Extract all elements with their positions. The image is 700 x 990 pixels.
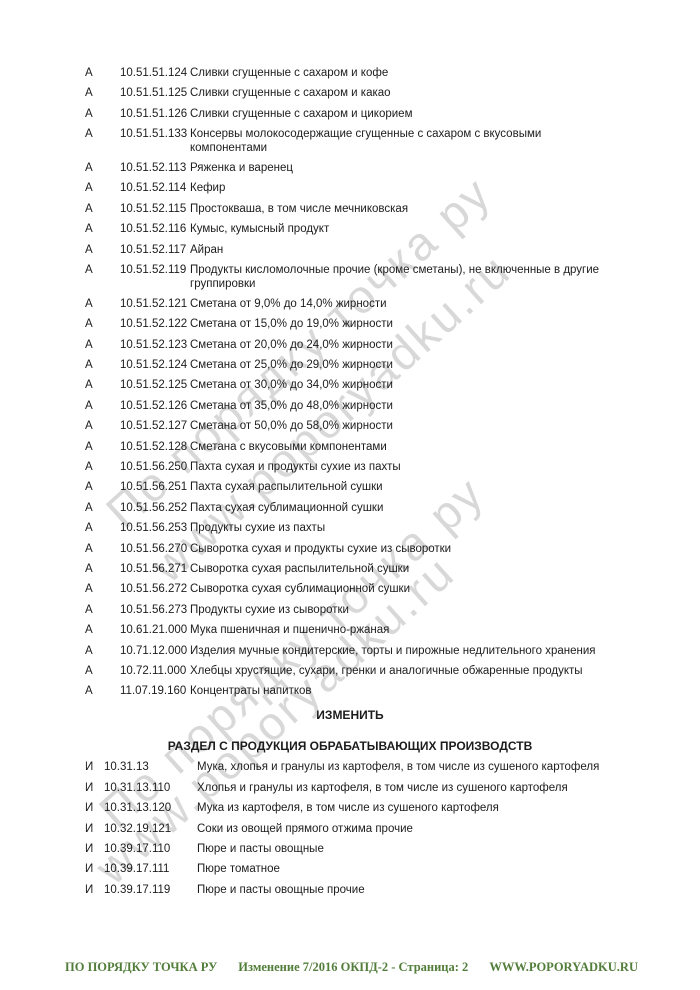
row-code: 10.51.52.123 <box>120 339 190 353</box>
row-description: Сыворотка сухая распылительной сушки <box>190 563 660 577</box>
row-description: Продукты сухие из сыворотки <box>190 604 660 618</box>
table-row: А 10.51.52.126 Сметана от 35,0% до 48,0%… <box>85 400 660 414</box>
table-row: И 10.39.17.111 Пюре томатное <box>85 863 660 877</box>
description-line1: Сметана от 25,0% до 29,0% жирности <box>190 359 660 373</box>
row-description: Сливки сгущенные с сахаром и цикорием <box>190 108 660 122</box>
amendment-list-a: А 10.51.51.124 Сливки сгущенные с сахаро… <box>0 67 700 699</box>
table-row: А 10.51.52.125 Сметана от 30,0% до 34,0%… <box>85 379 660 393</box>
row-marker: А <box>85 481 120 495</box>
table-row: И 10.31.13.120 Мука из картофеля, в том … <box>85 802 660 816</box>
row-code: 10.51.52.128 <box>120 441 190 455</box>
row-marker: А <box>85 420 120 434</box>
description-line1: Мука, хлопья и гранулы из картофеля, в т… <box>197 761 660 775</box>
row-marker: А <box>85 400 120 414</box>
table-row: А 10.51.52.117 Айран <box>85 244 660 258</box>
document-page: По порядку точка ру www.poporyadku.ru По… <box>0 0 700 990</box>
table-row: А 10.51.52.119 Продукты кисломолочные пр… <box>85 264 660 291</box>
row-code: 10.51.52.127 <box>120 420 190 434</box>
row-marker: А <box>85 604 120 618</box>
description-line1: Сметана от 20,0% до 24,0% жирности <box>190 339 660 353</box>
description-line1: Продукты кисломолочные прочие (кроме сме… <box>190 264 660 278</box>
amendment-list-i: И 10.31.13 Мука, хлопья и гранулы из кар… <box>0 761 700 897</box>
row-marker: А <box>85 67 120 81</box>
row-code: 10.51.52.124 <box>120 359 190 373</box>
row-marker: А <box>85 223 120 237</box>
row-code: 10.51.56.271 <box>120 563 190 577</box>
row-code: 10.51.51.125 <box>120 87 190 101</box>
row-description: Сметана от 35,0% до 48,0% жирности <box>190 400 660 414</box>
row-description: Сметана от 30,0% до 34,0% жирности <box>190 379 660 393</box>
row-description: Сливки сгущенные с сахаром и какао <box>190 87 660 101</box>
table-row: А 10.51.52.115 Простокваша, в том числе … <box>85 203 660 217</box>
row-marker: А <box>85 339 120 353</box>
row-description: Продукты кисломолочные прочие (кроме сме… <box>190 264 660 291</box>
row-marker: И <box>85 884 104 898</box>
row-description: Хлебцы хрустящие, сухари, гренки и анало… <box>190 665 660 679</box>
row-description: Сметана от 9,0% до 14,0% жирности <box>190 298 660 312</box>
row-description: Сметана от 25,0% до 29,0% жирности <box>190 359 660 373</box>
table-row: А 10.51.51.124 Сливки сгущенные с сахаро… <box>85 67 660 81</box>
row-code: 10.51.52.114 <box>120 182 190 196</box>
description-line1: Простокваша, в том числе мечниковская <box>190 203 660 217</box>
description-line2: группировки <box>190 278 660 292</box>
description-line1: Концентраты напитков <box>190 685 660 699</box>
row-code: 10.51.56.250 <box>120 461 190 475</box>
description-line1: Мука из картофеля, в том числе из сушено… <box>197 802 660 816</box>
row-description: Мука пшеничная и пшенично-ржаная <box>190 624 660 638</box>
row-description: Ряженка и варенец <box>190 162 660 176</box>
row-marker: И <box>85 761 104 775</box>
row-description: Сметана от 15,0% до 19,0% жирности <box>190 318 660 332</box>
description-line1: Продукты сухие из сыворотки <box>190 604 660 618</box>
table-row: А 10.51.56.250 Пахта сухая и продукты су… <box>85 461 660 475</box>
table-row: А 10.72.11.000 Хлебцы хрустящие, сухари,… <box>85 665 660 679</box>
row-marker: А <box>85 87 120 101</box>
footer-site-url: WWW.POPORYADKU.RU <box>489 960 638 975</box>
table-row: И 10.31.13 Мука, хлопья и гранулы из кар… <box>85 761 660 775</box>
row-description: Сметана от 50,0% до 58,0% жирности <box>190 420 660 434</box>
table-row: А 10.51.52.128 Сметана с вкусовыми компо… <box>85 441 660 455</box>
row-description: Консервы молокосодержащие сгущенные с са… <box>190 128 660 155</box>
row-description: Сметана от 20,0% до 24,0% жирности <box>190 339 660 353</box>
table-row: А 10.51.51.133 Консервы молокосодержащие… <box>85 128 660 155</box>
row-code: 10.51.51.126 <box>120 108 190 122</box>
description-line2: компонентами <box>190 142 660 156</box>
row-marker: И <box>85 802 104 816</box>
footer-page-info: Изменение 7/2016 ОКПД-2 - Страница: 2 <box>238 960 468 975</box>
row-code: 10.61.21.000 <box>120 624 190 638</box>
row-description: Пюре и пасты овощные прочие <box>197 884 660 898</box>
row-marker: А <box>85 543 120 557</box>
description-line1: Сливки сгущенные с сахаром и какао <box>190 87 660 101</box>
row-description: Сметана с вкусовыми компонентами <box>190 441 660 455</box>
row-marker: А <box>85 108 120 122</box>
row-description: Сыворотка сухая сублимационной сушки <box>190 583 660 597</box>
row-code: 10.71.12.000 <box>120 645 190 659</box>
row-code: 10.51.52.113 <box>120 162 190 176</box>
row-code: 11.07.19.160 <box>120 685 190 699</box>
row-code: 10.72.11.000 <box>120 665 190 679</box>
description-line1: Хлопья и гранулы из картофеля, в том чис… <box>197 782 660 796</box>
description-line1: Сливки сгущенные с сахаром и кофе <box>190 67 660 81</box>
row-code: 10.32.19.121 <box>104 823 197 837</box>
description-line1: Сметана от 50,0% до 58,0% жирности <box>190 420 660 434</box>
row-code: 10.51.56.252 <box>120 502 190 516</box>
row-marker: А <box>85 685 120 699</box>
row-code: 10.51.52.122 <box>120 318 190 332</box>
description-line1: Пюре и пасты овощные прочие <box>197 884 660 898</box>
row-code: 10.31.13.120 <box>104 802 197 816</box>
description-line1: Кумыс, кумысный продукт <box>190 223 660 237</box>
row-marker: А <box>85 244 120 258</box>
description-line1: Айран <box>190 244 660 258</box>
row-description: Изделия мучные кондитерские, торты и пир… <box>190 645 660 659</box>
row-code: 10.39.17.110 <box>104 843 197 857</box>
description-line1: Пахта сухая распылительной сушки <box>190 481 660 495</box>
footer-site-name: ПО ПОРЯДКУ ТОЧКА РУ <box>65 960 217 975</box>
row-description: Соки из овощей прямого отжима прочие <box>197 823 660 837</box>
row-code: 10.39.17.119 <box>104 884 197 898</box>
table-row: А 10.51.52.114 Кефир <box>85 182 660 196</box>
row-description: Пахта сухая сублимационной сушки <box>190 502 660 516</box>
description-line1: Мука пшеничная и пшенично-ржаная <box>190 624 660 638</box>
description-line1: Кефир <box>190 182 660 196</box>
description-line1: Сыворотка сухая распылительной сушки <box>190 563 660 577</box>
heading-section-c: РАЗДЕЛ C ПРОДУКЦИЯ ОБРАБАТЫВАЮЩИХ ПРОИЗВ… <box>0 739 700 753</box>
table-row: А 10.51.52.123 Сметана от 20,0% до 24,0%… <box>85 339 660 353</box>
row-description: Пахта сухая и продукты сухие из пахты <box>190 461 660 475</box>
table-row: А 10.51.52.122 Сметана от 15,0% до 19,0%… <box>85 318 660 332</box>
description-line1: Пюре томатное <box>197 863 660 877</box>
row-marker: А <box>85 318 120 332</box>
row-marker: А <box>85 264 120 291</box>
row-marker: И <box>85 782 104 796</box>
row-code: 10.51.52.115 <box>120 203 190 217</box>
row-marker: А <box>85 563 120 577</box>
description-line1: Изделия мучные кондитерские, торты и пир… <box>190 645 660 659</box>
row-code: 10.51.52.117 <box>120 244 190 258</box>
row-marker: А <box>85 128 120 155</box>
row-marker: А <box>85 182 120 196</box>
page-footer: ПО ПОРЯДКУ ТОЧКА РУ Изменение 7/2016 ОКП… <box>65 960 638 975</box>
description-line1: Продукты сухие из пахты <box>190 522 660 536</box>
description-line1: Сметана от 35,0% до 48,0% жирности <box>190 400 660 414</box>
table-row: А 10.51.56.251 Пахта сухая распылительно… <box>85 481 660 495</box>
row-code: 10.51.56.251 <box>120 481 190 495</box>
row-marker: А <box>85 359 120 373</box>
table-row: А 10.61.21.000 Мука пшеничная и пшенично… <box>85 624 660 638</box>
description-line1: Консервы молокосодержащие сгущенные с са… <box>190 128 660 142</box>
table-row: И 10.39.17.110 Пюре и пасты овощные <box>85 843 660 857</box>
table-row: А 10.51.52.121 Сметана от 9,0% до 14,0% … <box>85 298 660 312</box>
description-line1: Сыворотка сухая и продукты сухие из сыво… <box>190 543 660 557</box>
row-marker: И <box>85 823 104 837</box>
description-line1: Сметана от 15,0% до 19,0% жирности <box>190 318 660 332</box>
row-code: 10.51.52.121 <box>120 298 190 312</box>
row-description: Простокваша, в том числе мечниковская <box>190 203 660 217</box>
row-description: Пахта сухая распылительной сушки <box>190 481 660 495</box>
row-marker: А <box>85 441 120 455</box>
table-row: А 10.51.56.270 Сыворотка сухая и продукт… <box>85 543 660 557</box>
table-row: А 10.71.12.000 Изделия мучные кондитерск… <box>85 645 660 659</box>
row-marker: И <box>85 863 104 877</box>
row-code: 10.39.17.111 <box>104 863 197 877</box>
row-description: Пюре томатное <box>197 863 660 877</box>
description-line1: Соки из овощей прямого отжима прочие <box>197 823 660 837</box>
row-description: Концентраты напитков <box>190 685 660 699</box>
table-row: А 10.51.52.127 Сметана от 50,0% до 58,0%… <box>85 420 660 434</box>
row-marker: А <box>85 461 120 475</box>
row-description: Пюре и пасты овощные <box>197 843 660 857</box>
row-description: Продукты сухие из пахты <box>190 522 660 536</box>
description-line1: Сметана от 30,0% до 34,0% жирности <box>190 379 660 393</box>
description-line1: Пахта сухая и продукты сухие из пахты <box>190 461 660 475</box>
row-code: 10.51.51.133 <box>120 128 190 155</box>
table-row: И 10.39.17.119 Пюре и пасты овощные проч… <box>85 884 660 898</box>
row-description: Мука, хлопья и гранулы из картофеля, в т… <box>197 761 660 775</box>
table-row: А 11.07.19.160 Концентраты напитков <box>85 685 660 699</box>
row-code: 10.31.13.110 <box>104 782 197 796</box>
table-row: А 10.51.56.253 Продукты сухие из пахты <box>85 522 660 536</box>
row-description: Мука из картофеля, в том числе из сушено… <box>197 802 660 816</box>
table-row: А 10.51.52.124 Сметана от 25,0% до 29,0%… <box>85 359 660 373</box>
description-line1: Пюре и пасты овощные <box>197 843 660 857</box>
row-description: Сыворотка сухая и продукты сухие из сыво… <box>190 543 660 557</box>
row-marker: А <box>85 522 120 536</box>
row-marker: А <box>85 298 120 312</box>
row-code: 10.51.56.273 <box>120 604 190 618</box>
description-line1: Ряженка и варенец <box>190 162 660 176</box>
row-code: 10.51.56.272 <box>120 583 190 597</box>
row-marker: А <box>85 502 120 516</box>
description-line1: Сметана от 9,0% до 14,0% жирности <box>190 298 660 312</box>
table-row: А 10.51.52.113 Ряженка и варенец <box>85 162 660 176</box>
table-row: А 10.51.52.116 Кумыс, кумысный продукт <box>85 223 660 237</box>
row-marker: А <box>85 583 120 597</box>
row-marker: А <box>85 624 120 638</box>
row-code: 10.51.51.124 <box>120 67 190 81</box>
row-code: 10.51.52.125 <box>120 379 190 393</box>
description-line1: Пахта сухая сублимационной сушки <box>190 502 660 516</box>
row-description: Кефир <box>190 182 660 196</box>
table-row: А 10.51.56.272 Сыворотка сухая сублимаци… <box>85 583 660 597</box>
row-code: 10.51.52.116 <box>120 223 190 237</box>
row-marker: А <box>85 203 120 217</box>
row-description: Сливки сгущенные с сахаром и кофе <box>190 67 660 81</box>
description-line1: Сметана с вкусовыми компонентами <box>190 441 660 455</box>
table-row: И 10.32.19.121 Соки из овощей прямого от… <box>85 823 660 837</box>
table-row: А 10.51.51.126 Сливки сгущенные с сахаро… <box>85 108 660 122</box>
row-code: 10.51.56.270 <box>120 543 190 557</box>
table-row: А 10.51.56.252 Пахта сухая сублимационно… <box>85 502 660 516</box>
description-line1: Сливки сгущенные с сахаром и цикорием <box>190 108 660 122</box>
table-row: И 10.31.13.110 Хлопья и гранулы из карто… <box>85 782 660 796</box>
description-line1: Сыворотка сухая сублимационной сушки <box>190 583 660 597</box>
table-row: А 10.51.56.271 Сыворотка сухая распылите… <box>85 563 660 577</box>
heading-change: ИЗМЕНИТЬ <box>0 708 700 722</box>
row-code: 10.51.52.119 <box>120 264 190 291</box>
row-description: Айран <box>190 244 660 258</box>
description-line1: Хлебцы хрустящие, сухари, гренки и анало… <box>190 665 660 679</box>
row-code: 10.31.13 <box>104 761 197 775</box>
row-marker: А <box>85 162 120 176</box>
row-description: Хлопья и гранулы из картофеля, в том чис… <box>197 782 660 796</box>
row-code: 10.51.52.126 <box>120 400 190 414</box>
row-marker: А <box>85 665 120 679</box>
row-marker: А <box>85 645 120 659</box>
row-description: Кумыс, кумысный продукт <box>190 223 660 237</box>
table-row: А 10.51.51.125 Сливки сгущенные с сахаро… <box>85 87 660 101</box>
table-row: А 10.51.56.273 Продукты сухие из сыворот… <box>85 604 660 618</box>
row-marker: И <box>85 843 104 857</box>
row-code: 10.51.56.253 <box>120 522 190 536</box>
row-marker: А <box>85 379 120 393</box>
page-content: А 10.51.51.124 Сливки сгущенные с сахаро… <box>0 0 700 904</box>
